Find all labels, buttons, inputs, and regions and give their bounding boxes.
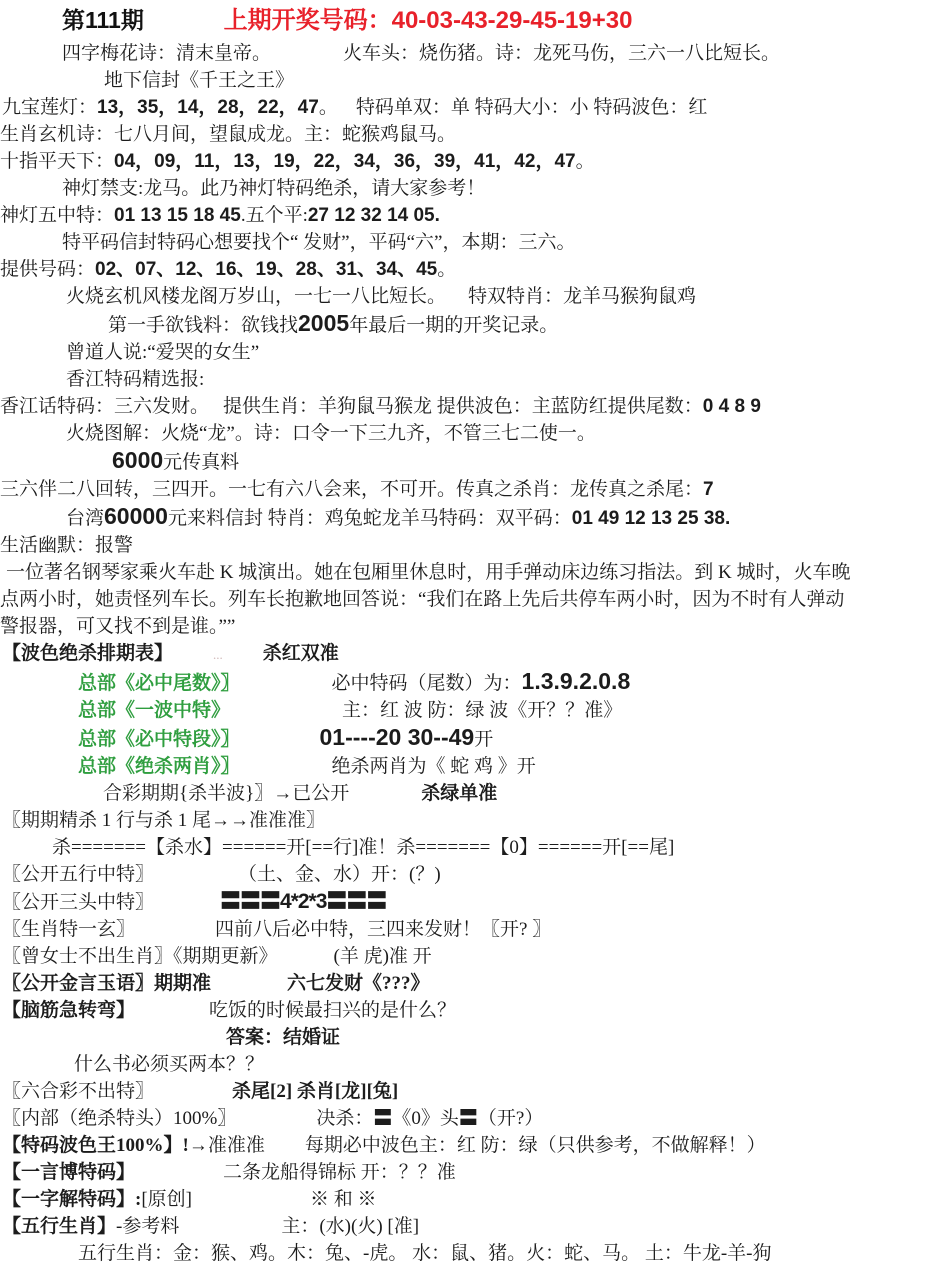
document-lines: 四字梅花诗：清末皇帝。火车头：烧伤猪。诗：龙死马伤，三六一八比短长。地下信封《千… — [0, 40, 946, 1266]
text-segment: 提供号码： — [0, 256, 95, 283]
lottery-tip-sheet: { "colors": { "accent_red": "#e8212a", "… — [0, 0, 946, 1266]
text-segment: 合彩期期{杀半波}〗→已公开 — [103, 780, 349, 807]
brain-teaser-line: 【脑筋急转弯】吃饭的时候最扫兴的是什么？ — [0, 997, 946, 1024]
text-segment: [原创] — [141, 1186, 192, 1213]
text-segment: 第一手欲钱料：欲钱找 — [108, 312, 298, 339]
madam-zeng-line: 〖曾女士不出生肖〗《期期更新》(羊 虎)准 开 — [0, 943, 946, 970]
text-segment: 年最后一期的开奖记录。 — [349, 312, 558, 339]
text-segment: 点两小时，她责怪列车长。列车长抱歉地回答说：“我们在路上先后共停车两小时，因为不… — [0, 586, 844, 613]
text-segment: 〖六合彩不出特〗 — [2, 1078, 154, 1105]
text-segment: 神灯禁支:龙马。此乃神灯特码绝杀，请大家参考！ — [62, 175, 485, 202]
text-segment: 三六伴二八回转，三四开。一七有六八会来，不可开。传真之杀肖：龙传真之杀尾： — [0, 476, 703, 503]
text-segment: 1.3.9.2.0.8 — [522, 668, 631, 695]
second-riddle-line: 什么书必须买两本？？ — [0, 1051, 946, 1078]
text-segment: 生活幽默：报警 — [0, 532, 133, 559]
text-segment: 01 13 15 18 45 — [114, 202, 241, 229]
text-segment: 一位著名钢琴家乘火车赴 K 城演出。她在包厢里休息时，用手弹动床边练习指法。到 … — [6, 559, 850, 586]
text-segment: 杀尾[2] 杀肖[龙][兔] — [232, 1078, 398, 1105]
lamp-five-special-line: 神灯五中特：01 13 15 18 45 .五个平:27 12 32 14 05… — [0, 202, 946, 229]
text-segment: 十指平天下： — [0, 148, 114, 175]
fire-mystery-line: 火烧玄机风楼龙阁万岁山，一七一八比短长。特双特肖：龙羊马猴狗鼠鸡 — [0, 283, 946, 310]
text-segment: 总部《必中特段》〗 — [78, 726, 240, 753]
text-segment: 【一字解特码】: — [2, 1186, 141, 1213]
text-segment: 特码单双：单 特码大小：小 特码波色：红 — [356, 94, 708, 121]
text-segment: 开 — [474, 726, 493, 753]
document-page: 第111期 上期开奖号码：40-03-43-29-45-19+30 四字梅花诗：… — [0, 0, 946, 1266]
text-segment: 01----20 30--49 — [320, 724, 475, 751]
text-segment: .五个平: — [241, 202, 308, 229]
plum-poem-line: 四字梅花诗：清末皇帝。火车头：烧伤猪。诗：龙死马伤，三六一八比短长。 — [0, 40, 946, 67]
period-kill-line: 〖期期精杀 1 行与杀 1 尾→→准准准〗 — [0, 807, 946, 834]
one-word-bet-line: 【一言博特码】二条龙船得锦标 开：？？准 — [0, 1159, 946, 1186]
text-segment: 神灯五中特： — [0, 202, 114, 229]
five-elements-open-line: 〖公开五行中特〗（土、金、水）开：(？) — [0, 861, 946, 888]
fire-diagram-line: 火烧图解：火烧“龙”。诗：口令一下三九齐，不管三七二使一。 — [0, 420, 946, 447]
text-segment: →准准准 — [189, 1132, 265, 1159]
text-segment: ※ 和 ※ — [310, 1186, 377, 1213]
one-word-solve-line: 【一字解特码】: [原创]※ 和 ※ — [0, 1186, 946, 1213]
no-special-line: 〖六合彩不出特〗杀尾[2] 杀肖[龙][兔] — [0, 1078, 946, 1105]
text-segment: 答案：结婚证 — [226, 1024, 340, 1051]
golden-words-line: 〖公开金言玉语〗期期准六七发财《???》 — [0, 970, 946, 997]
text-segment: 〖内部（绝杀特头）100%〗 — [2, 1105, 236, 1132]
text-segment: 【特码波色王100%】! — [2, 1132, 189, 1159]
text-segment: 香江话特码：三六发财。 — [0, 393, 209, 420]
text-segment: 〖公开三头中特〗 — [2, 889, 154, 916]
text-segment: 《0》头 — [392, 1105, 459, 1132]
text-segment: 火烧玄机风楼龙阁万岁山，一七一八比短长。 — [66, 283, 446, 310]
text-segment: 总部《绝杀两肖》〗 — [78, 753, 240, 780]
text-segment: 7 — [703, 476, 714, 503]
internal-kill-head-line: 〖内部（绝杀特头）100%〗决杀：〓《0》头〓（开?） — [0, 1105, 946, 1132]
text-segment: 提供生肖：羊狗鼠马猴龙 提供波色：主蓝防红提供尾数： — [223, 393, 703, 420]
text-segment: 五行生肖：金：猴、鸡。木：兔、-虎。 水：鼠、猪。火：蛇、马。 土：牛龙-羊-狗 — [78, 1240, 771, 1266]
text-segment: 〖公开五行中特〗 — [2, 861, 154, 888]
kill-water-line: 杀=======【杀水】======开[==行]准！杀=======【0】===… — [0, 834, 946, 861]
text-segment: 九宝莲灯： — [2, 94, 97, 121]
text-segment: 总部《必中尾数》〗 — [78, 670, 240, 697]
zodiac-mystery-line: 〖生肖特一玄〗四前八后必中特，三四来发财！〖开? 〗 — [0, 916, 946, 943]
five-elements-zodiac-line: 【五行生肖】-参考料主：(水)(火) [准] — [0, 1213, 946, 1240]
text-segment: 每期必中波色主：红 防：绿（只供参考，不做解释！） — [305, 1132, 766, 1159]
issue-number: 第111期 — [62, 5, 144, 35]
text-segment: 〖曾女士不出生肖〗《期期更新》 — [2, 943, 278, 970]
text-segment: 。 — [437, 256, 456, 283]
humor-story-line-3: 警报器，可又找不到是谁。”” — [0, 613, 946, 640]
zodiac-poem-line: 生肖玄机诗：七八月间，望鼠成龙。主：蛇猴鸡鼠马。 — [0, 121, 946, 148]
text-segment: 特平码信封特码心想要找个“ 发财”，平码“六”，本期：三六。 — [62, 229, 575, 256]
wave-kill-table-line: 【波色绝杀排期表】...杀红双准 — [0, 640, 946, 668]
xiangjiang-special-line: 香江话特码：三六发财。提供生肖：羊狗鼠马猴龙 提供波色：主蓝防红提供尾数：0 4… — [0, 393, 946, 420]
text-segment: 主：红 波 防：绿 波《开？？准》 — [342, 697, 622, 724]
text-segment: 四前八后必中特，三四来发财！〖开? 〗 — [215, 916, 551, 943]
text-segment: 杀红双准 — [263, 640, 339, 667]
wave-color-king-line: 【特码波色王100%】! →准准准每期必中波色主：红 防：绿（只供参考，不做解释… — [0, 1132, 946, 1159]
text-segment: 【波色绝杀排期表】 — [2, 640, 173, 667]
text-segment: 。 — [576, 148, 595, 175]
special-flat-code-line: 特平码信封特码心想要找个“ 发财”，平码“六”，本期：三六。 — [0, 229, 946, 256]
issue-header: 第111期 上期开奖号码：40-03-43-29-45-19+30 — [0, 5, 946, 38]
text-segment: 二条龙船得锦标 开：？？准 — [223, 1159, 456, 1186]
text-segment: 0 4 8 9 — [703, 393, 761, 420]
text-segment: 四字梅花诗：清末皇帝。 — [62, 40, 271, 67]
text-segment: -参考料 — [116, 1213, 179, 1240]
humor-title-line: 生活幽默：报警 — [0, 532, 946, 559]
headquarters-tail-line: 总部《必中尾数》〗必中特码（尾数）为：1.3.9.2.0.8 — [0, 668, 946, 697]
text-segment: 02、07、12、16、19、28、31、34、45 — [95, 256, 437, 283]
text-segment: ... — [213, 641, 223, 668]
text-segment: 2005 — [298, 310, 349, 337]
humor-story-line-1: 一位著名钢琴家乘火车赴 K 城演出。她在包厢里休息时，用手弹动床边练习指法。到 … — [0, 559, 946, 586]
text-segment: 六七发财《???》 — [287, 970, 430, 997]
text-segment: 台湾 — [66, 505, 104, 532]
xiangjiang-report-line: 香江特码精选报: — [0, 366, 946, 393]
text-segment: 地下信封《千王之王》 — [104, 67, 294, 94]
headquarters-segment-line: 总部《必中特段》〗01----20 30--49 开 — [0, 724, 946, 753]
text-segment: 曾道人说:“爱哭的女生” — [66, 339, 259, 366]
ten-fingers-line: 十指平天下：04，09，11，13，19，22，34，36，39，41，42，4… — [0, 148, 946, 175]
text-segment: 火车头：烧伤猪。诗：龙死马伤，三六一八比短长。 — [343, 40, 780, 67]
text-segment: 总部《一波中特》 — [78, 697, 230, 724]
text-segment: 杀绿单准 — [421, 780, 497, 807]
text-segment: 〖期期精杀 1 行与杀 1 尾→→准准准〗 — [2, 807, 325, 834]
text-segment: （开?） — [478, 1105, 543, 1132]
zengdaoren-line: 曾道人说:“爱哭的女生” — [0, 339, 946, 366]
text-segment: 主：(水)(火) [准] — [281, 1213, 419, 1240]
underground-envelope-line: 地下信封《千王之王》 — [0, 67, 946, 94]
provided-numbers-line: 提供号码：02、07、12、16、19、28、31、34、45。 — [0, 256, 946, 283]
headquarters-wave-line: 总部《一波中特》主：红 波 防：绿 波《开？？准》 — [0, 697, 946, 724]
text-segment: 元来料信封 特肖：鸡兔蛇龙羊马特码：双平码： — [168, 505, 572, 532]
three-heads-line: 〖公开三头中特〗〓〓〓4*2*3〓〓〓 — [0, 888, 946, 916]
text-segment: 火烧图解：火烧“龙”。诗：口令一下三九齐，不管三七二使一。 — [66, 420, 596, 447]
text-segment: 〓 — [459, 1105, 478, 1132]
text-segment: 什么书必须买两本？？ — [74, 1051, 264, 1078]
text-segment: 杀=======【杀水】======开[==行]准！杀=======【0】===… — [52, 834, 674, 861]
text-segment: 6000 — [112, 447, 163, 474]
fax-poem-line: 三六伴二八回转，三四开。一七有六八会来，不可开。传真之杀肖：龙传真之杀尾：7 — [0, 476, 946, 503]
text-segment: 01 49 12 13 25 38. — [572, 505, 730, 532]
taiwan-envelope-line: 台湾 60000 元来料信封 特肖：鸡兔蛇龙羊马特码：双平码：01 49 12 … — [0, 503, 946, 532]
humor-story-line-2: 点两小时，她责怪列车长。列车长抱歉地回答说：“我们在路上先后共停车两小时，因为不… — [0, 586, 946, 613]
headquarters-two-zodiac-line: 总部《绝杀两肖》〗绝杀两肖为《 蛇 鸡 》开 — [0, 753, 946, 780]
first-hand-money-line: 第一手欲钱料：欲钱找 2005 年最后一期的开奖记录。 — [0, 310, 946, 339]
text-segment: 【脑筋急转弯】 — [2, 997, 135, 1024]
text-segment: 香江特码精选报: — [66, 366, 204, 393]
text-segment: 绝杀两肖为《 蛇 鸡 》开 — [332, 753, 536, 780]
text-segment: 生肖玄机诗：七八月间，望鼠成龙。主：蛇猴鸡鼠马。 — [0, 121, 456, 148]
text-segment: 27 12 32 14 05. — [308, 202, 440, 229]
text-segment: 【一言博特码】 — [2, 1159, 135, 1186]
text-segment: 必中特码（尾数）为： — [332, 670, 522, 697]
text-segment: 【五行生肖】 — [2, 1213, 116, 1240]
text-segment: 。 — [319, 94, 338, 121]
lamp-forbidden-line: 神灯禁支:龙马。此乃神灯特码绝杀，请大家参考！ — [0, 175, 946, 202]
text-segment: 元传真料 — [163, 449, 239, 476]
text-segment: 吃饭的时候最扫兴的是什么？ — [209, 997, 456, 1024]
nine-lotus-line: 九宝莲灯：13，35，14，28，22，47。特码单双：单 特码大小：小 特码波… — [0, 94, 946, 121]
text-segment: 60000 — [104, 503, 168, 530]
fax-price-line: 6000 元传真料 — [0, 447, 946, 476]
hecai-half-wave-line: 合彩期期{杀半波}〗→已公开杀绿单准 — [0, 780, 946, 807]
text-segment: （土、金、水）开：(？) — [238, 861, 441, 888]
text-segment: 04，09，11，13，19，22，34，36，39，41，42，47 — [114, 148, 576, 175]
text-segment: 〖公开金言玉语〗期期准 — [2, 970, 211, 997]
text-segment: 〓 — [373, 1105, 392, 1132]
text-segment: 13，35，14，28，22，47 — [97, 94, 319, 121]
text-segment: 特双特肖：龙羊马猴狗鼠鸡 — [468, 283, 696, 310]
five-elements-detail-line: 五行生肖：金：猴、鸡。木：兔、-虎。 水：鼠、猪。火：蛇、马。 土：牛龙-羊-狗 — [0, 1240, 946, 1266]
answer-line: 答案：结婚证 — [0, 1024, 946, 1051]
text-segment: 〖生肖特一玄〗 — [2, 916, 135, 943]
text-segment: (羊 虎)准 开 — [334, 943, 432, 970]
text-segment: 警报器，可又找不到是谁。”” — [0, 613, 235, 640]
last-draw-numbers: 上期开奖号码：40-03-43-29-45-19+30 — [224, 6, 633, 36]
text-segment: 决杀： — [316, 1105, 373, 1132]
text-segment: 〓〓〓4*2*3〓〓〓 — [220, 888, 386, 915]
